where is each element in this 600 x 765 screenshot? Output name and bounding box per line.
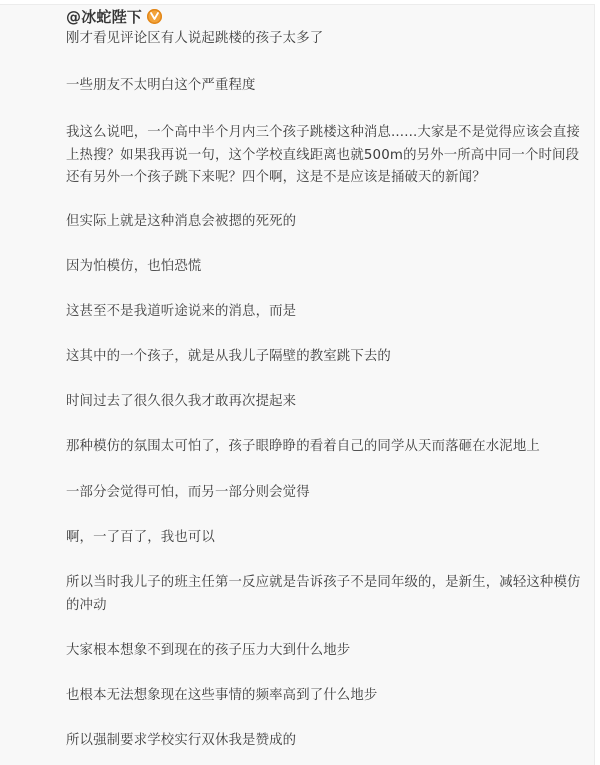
post-author[interactable]: @冰蛇陛下 [66, 6, 162, 26]
post-card: @冰蛇陛下 刚才看见评论区有人说起跳楼的孩子太多了 一些朋友不太明白这个严重程度… [0, 4, 595, 765]
post-paragraph: 所以强制要求学校实行双休我是赞成的 [66, 730, 586, 753]
post-paragraph: 也根本无法想象现在这些事情的频率高到了什么地步 [66, 685, 586, 708]
post-paragraph: 一些朋友不太明白这个严重程度 [66, 75, 586, 98]
post-paragraph: 啊，一了百了，我也可以 [66, 527, 586, 550]
post-paragraph: 这甚至不是我道听途说来的消息，而是 [66, 301, 586, 324]
post-paragraph: 这其中的一个孩子，就是从我儿子隔壁的教室跳下去的 [66, 346, 586, 369]
post-paragraph: 我这么说吧，一个高中半个月内三个孩子跳楼这种消息......大家是不是觉得应该会… [66, 122, 586, 190]
post-paragraph: 那种模仿的氛围太可怕了，孩子眼睁睁的看着自己的同学从天而落砸在水泥地上 [66, 436, 586, 459]
post-paragraph: 大家根本想象不到现在的孩子压力大到什么地步 [66, 640, 586, 663]
post-paragraph: 时间过去了很久很久我才敢再次提起来 [66, 391, 586, 414]
author-name[interactable]: @冰蛇陛下 [66, 6, 142, 27]
post-paragraph: 一部分会觉得可怕，而另一部分则会觉得 [66, 482, 586, 505]
verified-badge-icon [147, 9, 162, 24]
post-paragraph: 所以当时我儿子的班主任第一反应就是告诉孩子不是同年级的，是新生，减轻这种模仿的冲… [66, 572, 586, 617]
post-paragraph: 刚才看见评论区有人说起跳楼的孩子太多了 [66, 28, 586, 51]
post-paragraph: 但实际上就是这种消息会被摁的死死的 [66, 211, 586, 234]
post-paragraph: 因为怕模仿，也怕恐慌 [66, 256, 586, 279]
